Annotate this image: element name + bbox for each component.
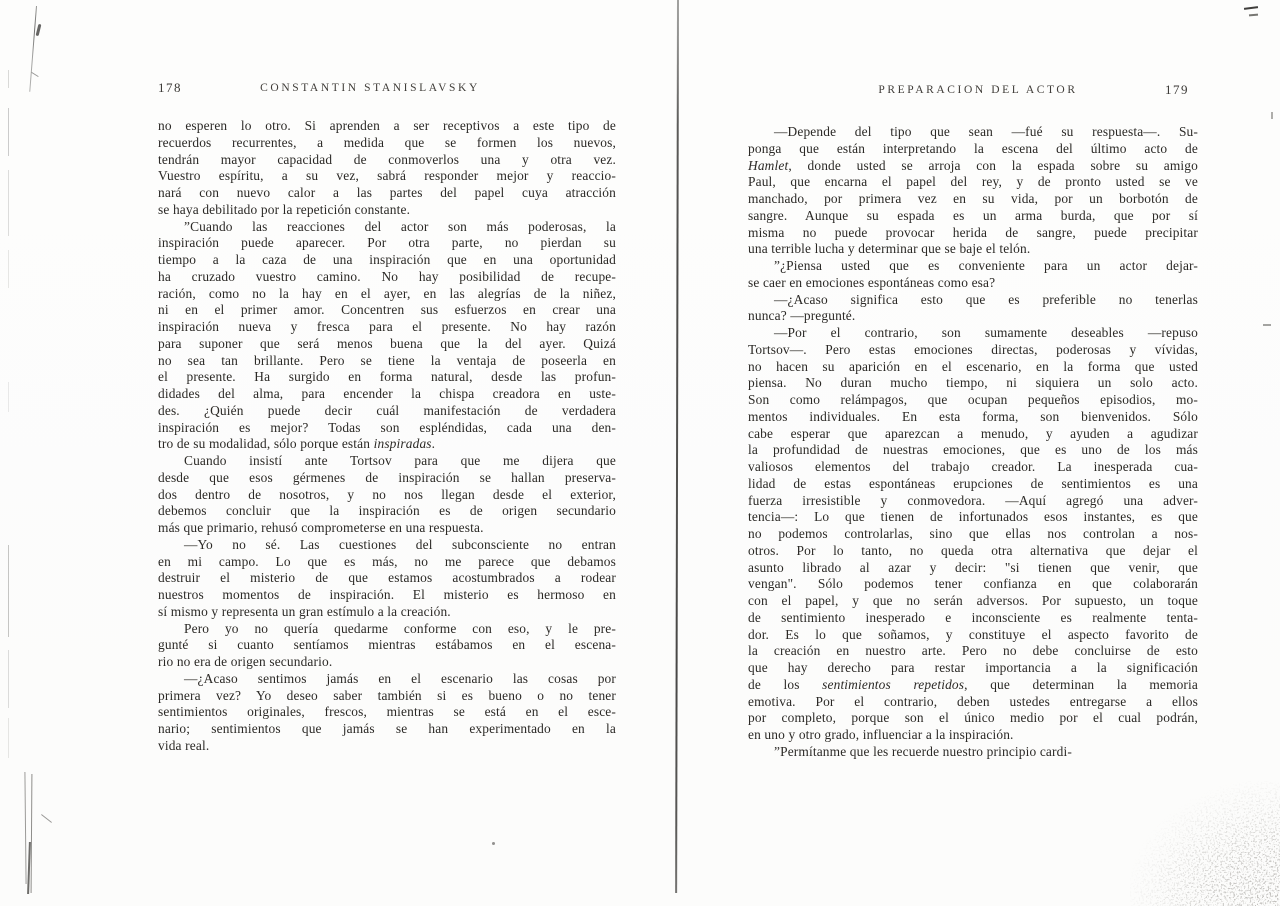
text-line: ”¿Piensa usted que es conveniente para u… xyxy=(748,258,1198,275)
text-line: —Depende del tipo que sean —fué su respu… xyxy=(748,124,1198,141)
text-line: emotiva. Por el contrario, deben ustedes… xyxy=(748,694,1198,711)
text-line: Cuando insistí ante Tortsov para que me … xyxy=(158,453,616,470)
text-line: desde que esos gérmenes de inspiración s… xyxy=(158,470,616,487)
text-line: sangre. Aunque su espada es un arma burd… xyxy=(748,208,1198,225)
text-line: valiosos elementos del trabajo creador. … xyxy=(748,459,1198,476)
scan-edge-dash xyxy=(8,250,9,288)
text-line: fuerza irresistible y conmovedora. —Aquí… xyxy=(748,493,1198,510)
paragraph: no esperen lo otro. Si aprenden a ser re… xyxy=(158,118,616,219)
page-gutter-shadow xyxy=(675,0,679,893)
text-line: Tortsov—. Pero estas emociones directas,… xyxy=(748,342,1198,359)
text-line: la profundidad de nuestras emociones, qu… xyxy=(748,442,1198,459)
text-line: dos dentro de nosotros, y no nos llegan … xyxy=(158,487,616,504)
text-line: mentos individuales. En esta forma, son … xyxy=(748,409,1198,426)
paragraph: Pero yo no quería quedarme conforme con … xyxy=(158,621,616,671)
text-line: piensa. No duran mucho tiempo, ni siquie… xyxy=(748,375,1198,392)
scan-corner-mark xyxy=(1244,6,1258,10)
text-line: lidad de estas espontáneas erupciones de… xyxy=(748,476,1198,493)
text-line: debemos concluir que la inspiración es d… xyxy=(158,503,616,520)
running-head: CONSTANTIN STANISLAVSKY xyxy=(250,82,490,94)
text-line: en uno y otro grado, influenciar a la in… xyxy=(748,727,1198,744)
text-line: manchado, por primera vez en su vida, po… xyxy=(748,191,1198,208)
text-line: se caer en emociones espontáneas como es… xyxy=(748,275,1198,292)
text-line: sentimientos originales, frescos, mientr… xyxy=(158,704,616,721)
scan-speck xyxy=(492,842,495,845)
text-line: en mi campo. Lo que es más, no me parece… xyxy=(158,554,616,571)
page-number: 179 xyxy=(1165,82,1189,98)
paragraph: —¿Acaso sentimos jamás en el escenario l… xyxy=(158,671,616,755)
right-page-text: —Depende del tipo que sean —fué su respu… xyxy=(748,124,1198,761)
paragraph: —Depende del tipo que sean —fué su respu… xyxy=(748,124,1198,258)
text-line: vida real. xyxy=(158,738,616,755)
text-line: no hacen su aparición en el escenario, e… xyxy=(748,359,1198,376)
text-line: ración, como no la hay en el ayer, en la… xyxy=(158,286,616,303)
text-line: —¿Acaso significa esto que es preferible… xyxy=(748,292,1198,309)
text-line: des. ¿Quién puede decir cuál manifestaci… xyxy=(158,403,616,420)
text-line: ni en el primer amor. Concentren sus esf… xyxy=(158,302,616,319)
scan-edge-dash xyxy=(8,382,9,412)
scan-noise-bottom-right xyxy=(1130,781,1280,906)
scan-edge-dash xyxy=(8,170,9,236)
text-line: asunto librado al azar y decir: "si tien… xyxy=(748,560,1198,577)
paragraph: ”Permítanme que les recuerde nuestro pri… xyxy=(748,744,1198,761)
text-line: que hay derecho para restar importancia … xyxy=(748,660,1198,677)
text-line: nuestros momentos de inspiración. El mis… xyxy=(158,587,616,604)
left-page-text: no esperen lo otro. Si aprenden a ser re… xyxy=(158,118,616,755)
text-line: didades del alma, para encender la chisp… xyxy=(158,386,616,403)
text-line: de sentimiento inesperado e inconsciente… xyxy=(748,610,1198,627)
scan-corner-mark xyxy=(1249,14,1258,17)
text-line: —¿Acaso sentimos jamás en el escenario l… xyxy=(158,671,616,688)
paragraph: —¿Acaso significa esto que es preferible… xyxy=(748,292,1198,326)
text-line: ponga que están interpretando la escena … xyxy=(748,141,1198,158)
text-line: tiempo a la caza de una inspiración que … xyxy=(158,252,616,269)
text-line: nario; sentimientos que jamás se han exp… xyxy=(158,721,616,738)
paragraph: —Yo no sé. Las cuestiones del subconscie… xyxy=(158,537,616,621)
scan-ink-knot-artifact xyxy=(36,24,42,36)
text-line: tro de su modalidad, sólo porque están i… xyxy=(158,436,616,453)
scan-edge-dash xyxy=(8,108,9,156)
scan-edge-dash xyxy=(8,545,9,637)
text-line: el presente. Ha surgido en forma natural… xyxy=(158,369,616,386)
text-line: no sea tan brillante. Pero se tiene la v… xyxy=(158,353,616,370)
text-line: otros. Por lo tanto, no queda otra alter… xyxy=(748,543,1198,560)
scan-hairline-artifact xyxy=(29,6,37,92)
text-line: Pero yo no quería quedarme conforme con … xyxy=(158,621,616,638)
paragraph: —Por el contrario, son sumamente deseabl… xyxy=(748,325,1198,744)
text-line: inspiración nueva y fresca para el prese… xyxy=(158,319,616,336)
text-line: tencia—: Lo que tienen de infortunados e… xyxy=(748,509,1198,526)
text-line: no podemos controlarlas, sino que ellas … xyxy=(748,526,1198,543)
text-line: primera vez? Yo deseo saber también si e… xyxy=(158,688,616,705)
page-number: 178 xyxy=(158,80,182,96)
text-line: Paul, que encarna el papel del rey, y de… xyxy=(748,174,1198,191)
text-line: cabe esperar que aparezcan a menudo, y a… xyxy=(748,426,1198,443)
text-line: rio no era de origen secundario. xyxy=(158,654,616,671)
text-line: Son como relámpagos, que ocupan pequeños… xyxy=(748,392,1198,409)
text-line: por completo, porque son el único medio … xyxy=(748,710,1198,727)
page-crease-hook xyxy=(41,814,52,823)
text-line: vengan". Sólo podemos tener confianza en… xyxy=(748,576,1198,593)
text-line: de los sentimientos repetidos, que deter… xyxy=(748,677,1198,694)
paragraph: ”Cuando las reacciones del actor son más… xyxy=(158,219,616,454)
text-line: para suponer que será menos buena que la… xyxy=(158,336,616,353)
text-line: Vuestro espíritu, a su vez, sabrá respon… xyxy=(158,168,616,185)
text-line: nunca? —pregunté. xyxy=(748,308,1198,325)
text-line: una terrible lucha y determinar que se b… xyxy=(748,241,1198,258)
text-line: con el papel, y que no serán adversos. P… xyxy=(748,593,1198,610)
text-line: inspiración puede aparecer. Por otra par… xyxy=(158,235,616,252)
text-line: la creación en nuestro arte. Pero no deb… xyxy=(748,643,1198,660)
text-line: destruir el misterio de que estamos acos… xyxy=(158,570,616,587)
text-line: se haya debilitado por la repetición con… xyxy=(158,202,616,219)
scan-edge-dash xyxy=(8,718,9,758)
text-line: gunté si cuanto sentíamos mientras estáb… xyxy=(158,637,616,654)
text-line: recuerdos recurrentes, a medida que se f… xyxy=(158,135,616,152)
paragraph: ”¿Piensa usted que es conveniente para u… xyxy=(748,258,1198,292)
book-spread-scan: 178 CONSTANTIN STANISLAVSKY no esperen l… xyxy=(0,0,1280,906)
text-line: —Por el contrario, son sumamente deseabl… xyxy=(748,325,1198,342)
text-line: ”Permítanme que les recuerde nuestro pri… xyxy=(748,744,1198,761)
running-head: PREPARACION DEL ACTOR xyxy=(858,84,1098,96)
text-line: —Yo no sé. Las cuestiones del subconscie… xyxy=(158,537,616,554)
text-line: más que primario, rehusó comprometerse e… xyxy=(158,520,616,537)
scan-edge-mark xyxy=(1263,324,1271,326)
scan-edge-dash xyxy=(8,650,9,708)
paragraph: Cuando insistí ante Tortsov para que me … xyxy=(158,453,616,537)
text-line: nará con nuevo calor a las partes del pa… xyxy=(158,185,616,202)
text-line: misma no puede provocar herida de sangre… xyxy=(748,225,1198,242)
text-line: no esperen lo otro. Si aprenden a ser re… xyxy=(158,118,616,135)
scan-edge-dash xyxy=(8,70,9,88)
text-line: inspiración es mejor? Todas son espléndi… xyxy=(158,420,616,437)
scan-tick-artifact xyxy=(31,72,38,77)
text-line: tendrán mayor capacidad de conmoverlos u… xyxy=(158,152,616,169)
text-line: ”Cuando las reacciones del actor son más… xyxy=(158,219,616,236)
text-line: Hamlet, donde usted se arroja con la esp… xyxy=(748,158,1198,175)
page-crease-line xyxy=(24,772,26,884)
text-line: ha cruzado vuestro camino. No hay posibi… xyxy=(158,269,616,286)
scan-edge-mark xyxy=(1271,112,1273,119)
text-line: dor. Es lo que soñamos, y constituye el … xyxy=(748,627,1198,644)
page-crease-line xyxy=(31,774,33,893)
text-line: sí mismo y representa un gran estímulo a… xyxy=(158,604,616,621)
